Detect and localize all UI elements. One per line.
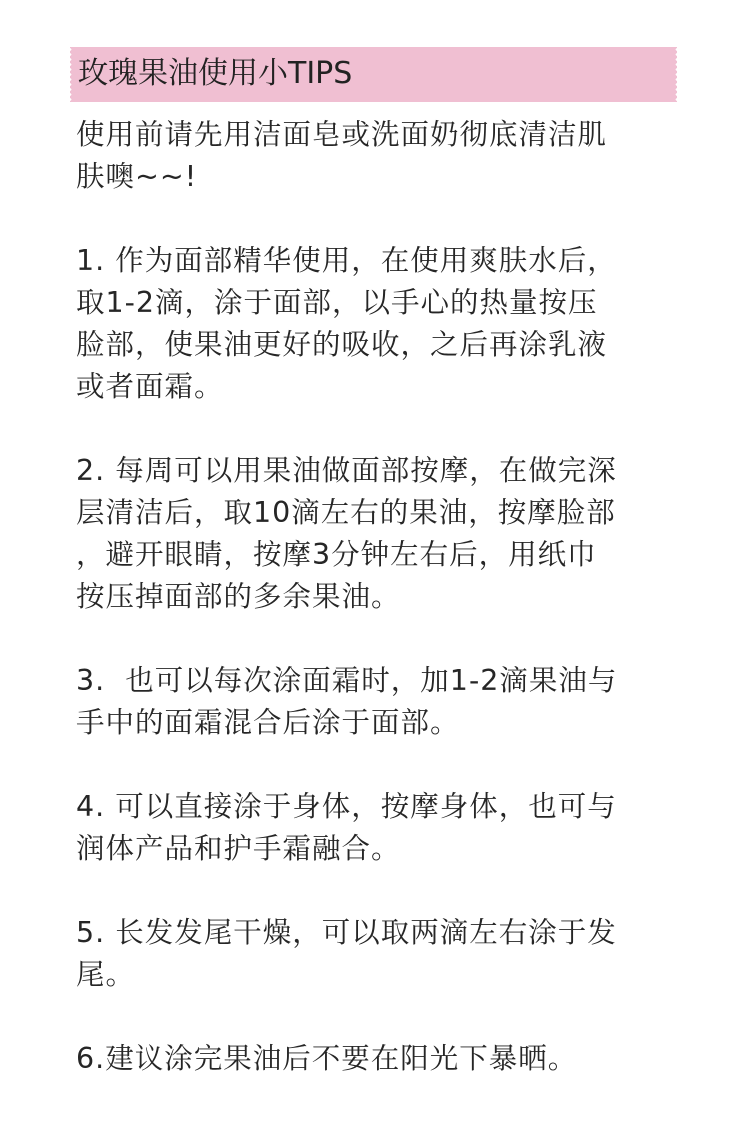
- intro-paragraph: 使用前请先用洁面皂或洗面奶彻底清洁肌 肤噢~~!: [76, 114, 686, 198]
- tip-line: 5. 长发发尾干燥，可以取两滴左右涂于发: [76, 912, 686, 954]
- tip-line: 取1-2滴，涂于面部，以手心的热量按压: [76, 282, 686, 324]
- tip-line: ，避开眼睛，按摩3分钟左右后，用纸巾: [76, 534, 686, 576]
- tip-line: 润体产品和护手霜融合。: [76, 828, 686, 870]
- tip-line: 2. 每周可以用果油做面部按摩，在做完深: [76, 450, 686, 492]
- tip-line: 或者面霜。: [76, 366, 686, 408]
- tip-1: 1. 作为面部精华使用，在使用爽肤水后， 取1-2滴，涂于面部，以手心的热量按压…: [76, 240, 686, 408]
- page-title: 玫瑰果油使用小TIPS: [78, 53, 352, 95]
- intro-line: 使用前请先用洁面皂或洗面奶彻底清洁肌: [76, 114, 686, 156]
- tip-line: 尾。: [76, 954, 686, 996]
- tip-line: 6.建议涂完果油后不要在阳光下暴晒。: [76, 1038, 686, 1080]
- tip-3: 3. 也可以每次涂面霜时，加1-2滴果油与 手中的面霜混合后涂于面部。: [76, 660, 686, 744]
- tip-line: 脸部，使果油更好的吸收，之后再涂乳液: [76, 324, 686, 366]
- tip-line: 手中的面霜混合后涂于面部。: [76, 702, 686, 744]
- tip-line: 3. 也可以每次涂面霜时，加1-2滴果油与: [76, 660, 686, 702]
- tip-line: 1. 作为面部精华使用，在使用爽肤水后，: [76, 240, 686, 282]
- tips-content: 使用前请先用洁面皂或洗面奶彻底清洁肌 肤噢~~! 1. 作为面部精华使用，在使用…: [76, 114, 686, 1122]
- tip-line: 按压掉面部的多余果油。: [76, 576, 686, 618]
- title-banner: 玫瑰果油使用小TIPS: [70, 47, 677, 102]
- tip-line: 层清洁后，取10滴左右的果油，按摩脸部: [76, 492, 686, 534]
- tip-6: 6.建议涂完果油后不要在阳光下暴晒。: [76, 1038, 686, 1080]
- tip-line: 4. 可以直接涂于身体，按摩身体，也可与: [76, 786, 686, 828]
- tip-2: 2. 每周可以用果油做面部按摩，在做完深 层清洁后，取10滴左右的果油，按摩脸部…: [76, 450, 686, 618]
- intro-line: 肤噢~~!: [76, 156, 686, 198]
- tip-4: 4. 可以直接涂于身体，按摩身体，也可与 润体产品和护手霜融合。: [76, 786, 686, 870]
- tip-5: 5. 长发发尾干燥，可以取两滴左右涂于发 尾。: [76, 912, 686, 996]
